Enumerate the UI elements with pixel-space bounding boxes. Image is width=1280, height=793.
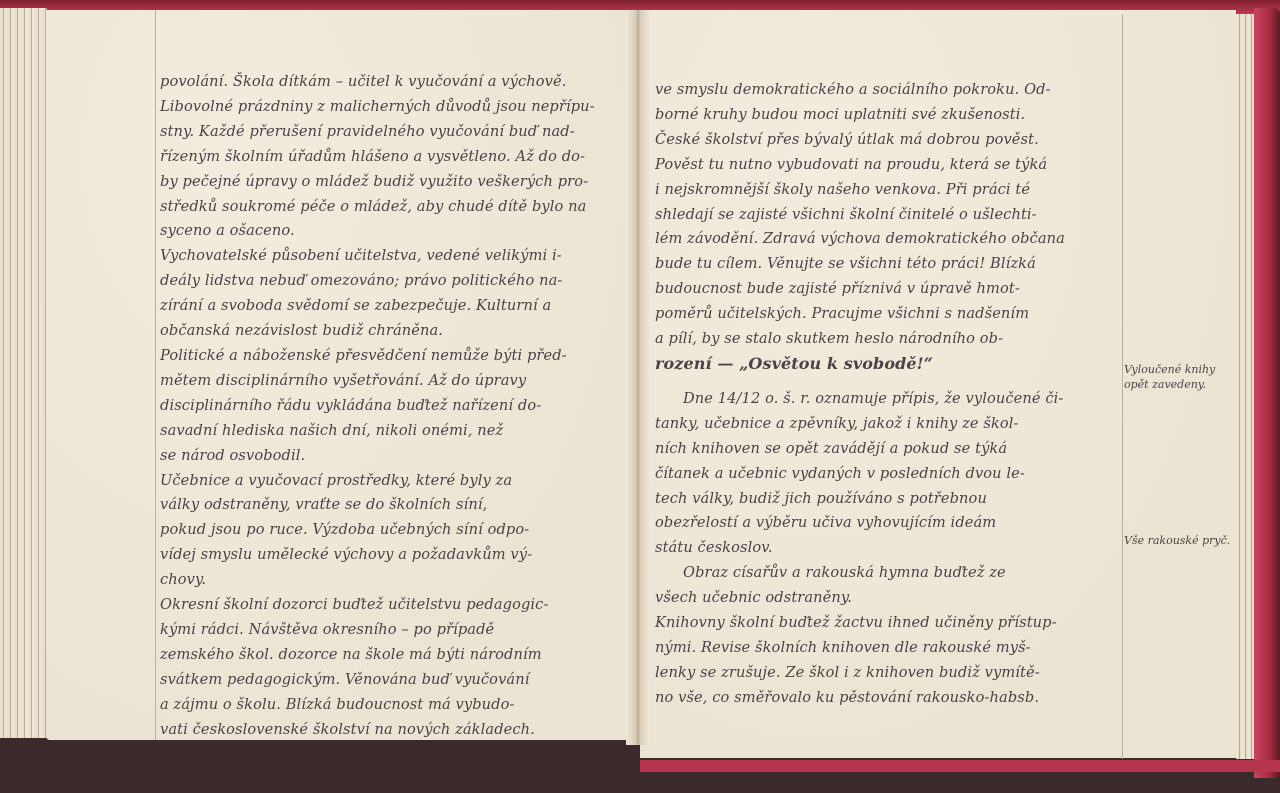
text-line: lém závodění. Zdravá výchova demokratick… xyxy=(655,227,1125,252)
text-line: by pečejné úpravy o mládež budiž využito… xyxy=(160,170,630,195)
page-edges-left xyxy=(0,8,47,738)
text-line: a pílí, by se stalo skutkem heslo národn… xyxy=(655,327,1125,352)
text-line: lenky se zrušuje. Ze škol i z knihoven b… xyxy=(655,661,1125,686)
text-line: svátkem pedagogickým. Věnována buď vyučo… xyxy=(160,668,630,693)
text-line: mětem disciplinárního vyšetřování. Až do… xyxy=(160,369,630,394)
text-line: Vychovatelské působení učitelstva, veden… xyxy=(160,244,630,269)
text-line: nými. Revise školních knihoven dle rakou… xyxy=(655,636,1125,661)
left-page-text: povolání. Škola dítkám – učitel k vyučov… xyxy=(160,70,630,742)
text-line: občanská nezávislost budiž chráněna. xyxy=(160,319,630,344)
text-line: vati československé školství na nových z… xyxy=(160,718,630,743)
text-line: čítanek a učebnic vydaných v posledních … xyxy=(655,462,1125,487)
page-edges-right xyxy=(1236,14,1254,759)
text-line: ve smyslu demokratického a sociálního po… xyxy=(655,78,1125,103)
text-line: disciplinárního řádu vykládána buďtež na… xyxy=(160,394,630,419)
text-line: i nejskromnější školy našeho venkova. Př… xyxy=(655,178,1125,203)
text-line: řízeným školním úřadům hlášeno a vysvětl… xyxy=(160,145,630,170)
text-line: Dne 14/12 o. š. r. oznamuje přípis, že v… xyxy=(655,387,1125,412)
left-margin-rule xyxy=(155,10,156,740)
margin-note-austrian-removed: Vše rakouské pryč. xyxy=(1124,533,1236,548)
text-line: chovy. xyxy=(160,568,630,593)
text-line: tech války, budiž jich používáno s potře… xyxy=(655,487,1125,512)
text-line: zírání a svoboda svědomí se zabezpečuje.… xyxy=(160,294,630,319)
text-line: války odstraněny, vraťte se do školních … xyxy=(160,493,630,518)
text-line: státu českoslov. xyxy=(655,536,1125,561)
text-line: se národ osvobodil. xyxy=(160,444,630,469)
text-line: budoucnost bude zajisté příznivá v úprav… xyxy=(655,277,1125,302)
text-line: Obraz císařův a rakouská hymna buďtež ze xyxy=(655,561,1125,586)
text-line: pokud jsou po ruce. Výzdoba učebných sín… xyxy=(160,518,630,543)
text-line: stny. Každé přerušení pravidelného vyučo… xyxy=(160,120,630,145)
text-line: shledají se zajisté všichni školní činit… xyxy=(655,203,1125,228)
book-cover-right xyxy=(1254,8,1280,778)
text-line: poměrů učitelských. Pracujme všichni s n… xyxy=(655,302,1125,327)
text-line: středků soukromé péče o mládež, aby chud… xyxy=(160,195,630,220)
text-line: Okresní školní dozorci buďtež učitelstvu… xyxy=(160,593,630,618)
text-line: ních knihoven se opět zavádějí a pokud s… xyxy=(655,437,1125,462)
text-line: a zájmu o školu. Blízká budoucnost má vy… xyxy=(160,693,630,718)
text-line: tanky, učebnice a zpěvníky, jakož i knih… xyxy=(655,412,1125,437)
text-line: obezřelostí a výběru učiva vyhovujícím i… xyxy=(655,511,1125,536)
book-cover-bottom xyxy=(640,760,1280,772)
text-line: Pověst tu nutno vybudovati na proudu, kt… xyxy=(655,153,1125,178)
text-line: bude tu cílem. Věnujte se všichni této p… xyxy=(655,252,1125,277)
text-line: všech učebnic odstraněny. xyxy=(655,586,1125,611)
motto-line: rození — „Osvětou k svobodě!“ xyxy=(655,352,1125,377)
text-line: Knihovny školní buďtež žactvu ihned učin… xyxy=(655,611,1125,636)
text-line: Libovolné prázdniny z malicherných důvod… xyxy=(160,95,630,120)
text-line: Politické a náboženské přesvědčení nemůž… xyxy=(160,344,630,369)
text-line: savadní hlediska našich dní, nikoli oném… xyxy=(160,419,630,444)
text-line: povolání. Škola dítkám – učitel k vyučov… xyxy=(160,70,630,95)
text-line: Učebnice a vyučovací prostředky, které b… xyxy=(160,469,630,494)
text-line: České školství přes bývalý útlak má dobr… xyxy=(655,128,1125,153)
text-line: kými rádci. Návštěva okresního – po příp… xyxy=(160,618,630,643)
text-line: vídej smyslu umělecké výchovy a požadavk… xyxy=(160,543,630,568)
text-line: zemského škol. dozorce na škole má býti … xyxy=(160,643,630,668)
text-line: syceno a ošaceno. xyxy=(160,219,630,244)
text-line: borné kruhy budou moci uplatniti své zku… xyxy=(655,103,1125,128)
text-line: no vše, co směřovalo ku pěstování rakous… xyxy=(655,686,1125,711)
text-line: deály lidstva nebuď omezováno; právo pol… xyxy=(160,269,630,294)
margin-note-excluded-books: Vyloučené knihy opět zavedeny. xyxy=(1124,362,1236,392)
right-page-text: ve smyslu demokratického a sociálního po… xyxy=(655,78,1125,711)
